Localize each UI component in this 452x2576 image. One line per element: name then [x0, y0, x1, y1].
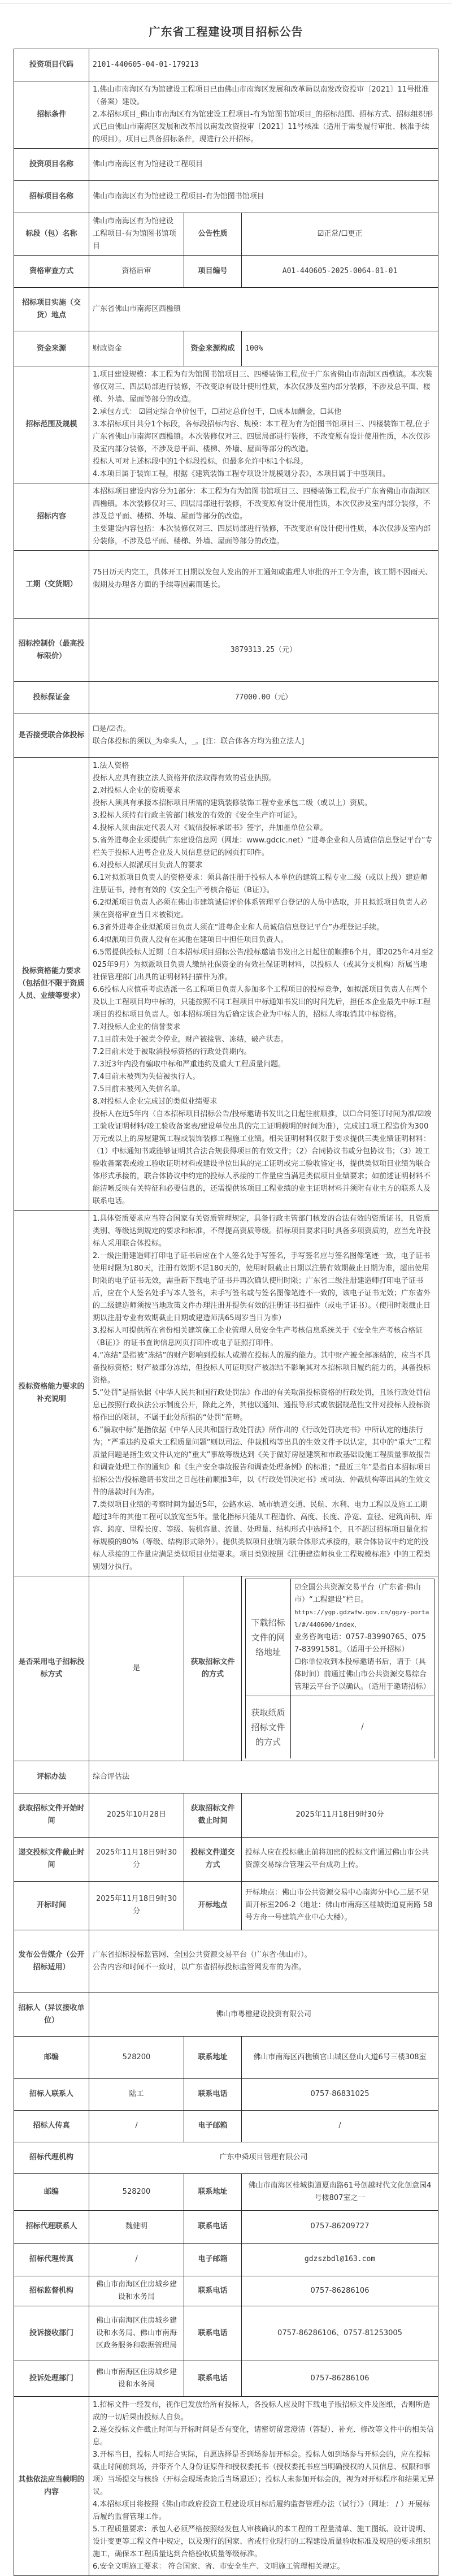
label-agency: 招标代理机构: [14, 2142, 89, 2173]
label-agency-contact: 招标代理联系人: [14, 2210, 89, 2243]
label-tenderer-phone: 联系电话: [184, 2078, 242, 2110]
label-scope: 招标范围及规模: [14, 366, 89, 483]
media-line: 公告内容和时间不一致时，以广东省招标投标监管网发布的为准。: [93, 1961, 434, 1974]
download-line: ☐你单位收到本投标邀请书后，请于（具体时间）前通过佛山市公共资源交易综合管理云平…: [294, 1656, 431, 1693]
label-complaint-handle-phone: 联系电话: [184, 2361, 242, 2396]
value-period: 75日历天内完工，具体开工日期以发包人发出的开工通知或监理人审批的开工令为准，该…: [89, 551, 438, 619]
media-line: 广东省招标投标监管网、全国公共资源交易平台（广东省·佛山市）。: [93, 1949, 434, 1961]
supplement-line: 1.具体资质要求应当符合国家有关资质管理规定，具备行政主管部门核发的合法有效的资…: [93, 1213, 434, 1250]
label-doc-start: 获取招标文件开始时间: [14, 1793, 89, 1837]
label-tenderer-email: 电子邮箱: [184, 2110, 242, 2142]
qualification-line: 6.6投标人应慎重考虑选派一名工程项目负责人参加多个工程项目的投标竞争，如拟派项…: [93, 984, 434, 1021]
value-project-name: 佛山市南海区有为馆建设工程项目-有为馆图书馆项目: [89, 181, 438, 213]
download-link[interactable]: https://ygp.gdzwfw.gov.cn/ggzy-portal/#/…: [294, 1606, 431, 1631]
supplement-line: 5.“处罚”是指依据《中华人民共和国行政处罚法》作出的有关取消投标资格的行政处罚…: [93, 1387, 434, 1424]
row-tenderer-zip: 邮编 528200 联系地址 佛山市南海区西樵镇官山城区登山大道6号三楼308室: [14, 2036, 438, 2078]
label-consortium: 是否接受联合体投标: [14, 714, 89, 758]
qualification-line: 投标人须具有承接本招标项目所需的建筑装修装饰工程专业承包二级（或以上）资质。: [93, 797, 434, 810]
value-review: 资格后审: [89, 256, 184, 288]
value-paper-method: /: [291, 1696, 434, 1758]
value-content: 本招标项目建设内容分为1部分：本工程为有为馆图书馆项目三、四楼装饰工程,位于广东…: [89, 483, 438, 551]
other-line: 3.开标当日，投标人可结合实际，自愿选择是否到场参加开标会。投标人如到场参与开标…: [93, 2449, 434, 2499]
row-supervisor: 招标监督机构 佛山市南海区住房城乡建设和水务局 联系电话 0757-862861…: [14, 2276, 438, 2306]
value-control-price: 3879313.25（元）: [89, 619, 438, 682]
value-agency-zip: 528200: [89, 2173, 184, 2210]
value-agency-address: 佛山市南海区桂城街道夏南路61号创越时代文化创意园4号楼807室之一: [242, 2173, 438, 2210]
row-invest-name: 投资项目名称 佛山市南海区有为馆建设工程项目: [14, 149, 438, 181]
value-agency-contact: 魏健明: [89, 2210, 184, 2243]
label-agency-phone: 联系电话: [184, 2210, 242, 2243]
qualification-line: 6.1对拟派项目负责人的资格要求：须具备注册于投标人本单位的建筑工程专业二级（或…: [93, 872, 434, 897]
conditions-line: 1.佛山市南海区有为馆建设工程项目已由佛山市南海区发展和改革局以南发改资投审〔2…: [93, 84, 434, 109]
label-qualification: 投标资格能力要求（包括但不限于资质人员、业绩等要求）: [14, 758, 89, 1211]
value-complaint-receive-phone: 0757-86286106、0757-81253005: [242, 2306, 438, 2361]
row-media: 发布公告媒介（公开招标适用） 广东省招标投标监管网、全国公共资源交易平台（广东省…: [14, 1930, 438, 1992]
label-complaint-receive: 投诉接收部门: [14, 2306, 89, 2361]
qualification-line: 1.法人资格: [93, 760, 434, 772]
content-line: 本招标项目建设内容分为1部分：本工程为有为馆图书馆项目三、四楼装饰工程,位于广东…: [93, 486, 434, 523]
value-location: 广东省佛山市南海区西樵镇: [89, 288, 438, 331]
value-opening-time: 2025年11月18日9时30分: [89, 1881, 184, 1930]
paper-row: 获取纸质招标文件的方式 /: [246, 1696, 434, 1758]
top-divider: [0, 3, 452, 4]
value-agency-fax: /: [89, 2243, 184, 2276]
qualification-line: 投标人在近5年内（自本招标项目招标公告/投标邀请书发出之日起往前顺推，以☐合同签…: [93, 1108, 434, 1208]
row-scope: 招标范围及规模 1.项目建设规模：本工程为有为馆图书馆项目三、四楼装饰工程,位于…: [14, 366, 438, 483]
value-media: 广东省招标投标监管网、全国公共资源交易平台（广东省·佛山市）。 公告内容和时间不…: [89, 1930, 438, 1992]
label-obtain-method: 获取招标文件的方式: [184, 1576, 242, 1761]
value-e-bidding: 是: [89, 1576, 184, 1761]
label-supervisor-phone: 联系电话: [184, 2276, 242, 2306]
qualification-line: 投标人应具有独立法人资格并依法取得有效的营业执照。: [93, 772, 434, 785]
other-line: 2.递交投标文件截止时间与开标时间是否有变化，请密切留意澄清（答疑）、补充、修改…: [93, 2424, 434, 2449]
scope-line: 4.本项目属于装饰工程，根据《建筑装饰工程专项设计规模划分表》，本项目属于中型项…: [93, 468, 434, 481]
label-supplement: 投标资格能力要求的补充说明: [14, 1211, 89, 1576]
row-invest-code: 投资项目代码 2101-440605-04-01-179213: [14, 49, 438, 81]
row-e-bidding: 是否采用电子招标投标方式 是 获取招标文件的方式 下载招标文件的网络地址 ☑全国…: [14, 1576, 438, 1761]
label-opening-time: 开标时间: [14, 1881, 89, 1930]
download-line: ☑全国公共资源交易平台（广东省·佛山市）“工程建设”栏目。: [294, 1581, 431, 1606]
qualification-line: 8.对投标人企业完成过的类似业绩要求: [93, 1096, 434, 1108]
value-invest-code: 2101-440605-04-01-179213: [89, 49, 438, 81]
value-agency: 广东中舜项目管理有限公司: [89, 2142, 438, 2173]
consortium-line: 联合体投标的须以_为牵头人，_。[注：联合体各方均为独立法人]: [93, 736, 434, 748]
value-other: 1.招标文件一经发布，视作已发放给所有投标人，各投标人应及时下载电子版招标文件及…: [89, 2396, 438, 2575]
value-tenderer-address: 佛山市南海区西樵镇官山城区登山大道6号三楼308室: [242, 2036, 438, 2078]
value-conditions: 1.佛山市南海区有为馆建设工程项目已由佛山市南海区发展和改革局以南发改资投审〔2…: [89, 81, 438, 149]
row-section-name: 标段（包）名称 佛山市南海区有为馆建设工程项目-有为馆图书馆项目 公告性质 ☑正…: [14, 213, 438, 256]
label-paper-method: 获取纸质招标文件的方式: [246, 1696, 291, 1758]
qualification-line: 6.3省外进粤企业拟派项目负责人须在“进粤企业和人员诚信信息登记平台”办理登记手…: [93, 922, 434, 934]
qualification-line: 6.5需提供投标人近期（自本招标项目招标公告/投标邀请书发出之日起往前顺推6个月…: [93, 946, 434, 984]
row-tenderer-fax: 招标人传真 / 电子邮箱 /: [14, 2110, 438, 2142]
value-supervisor: 佛山市南海区住房城乡建设和水务局: [89, 2276, 184, 2306]
value-tenderer: 佛山市粤樵建设投资有限公司: [89, 1992, 438, 2036]
value-notice-type: ☑正常/☐更正: [242, 213, 438, 256]
other-line: 1.招标文件一经发布，视作已发放给所有投标人，各投标人应及时下载电子版招标文件及…: [93, 2399, 434, 2424]
label-project-no: 项目编号: [184, 256, 242, 288]
row-location: 招标项目实施（交货）地点 广东省佛山市南海区西樵镇: [14, 288, 438, 331]
value-section-name: 佛山市南海区有为馆建设工程项目-有为馆图书馆项目: [89, 213, 184, 256]
qualification-line: 6.对投标人拟派项目负责人的要求: [93, 859, 434, 872]
label-section-name: 标段（包）名称: [14, 213, 89, 256]
value-project-no: A01-440605-2025-0064-01-01: [242, 256, 438, 288]
label-review: 资格审查方式: [14, 256, 89, 288]
value-deposit: 77000.00（元）: [89, 682, 438, 714]
scope-line: 3.本招标项目共分1个标段，各标段招标内容、规模：本工程为有为馆图书馆项目三、四…: [93, 418, 434, 456]
row-content: 招标内容 本招标项目建设内容分为1部分：本工程为有为馆图书馆项目三、四楼装饰工程…: [14, 483, 438, 551]
label-conditions: 招标条件: [14, 81, 89, 149]
label-funds-structure: 资金来源构成: [184, 331, 242, 366]
qualification-line: 6.4拟派项目负责人没有在其他在建项目中担任项目负责人。: [93, 934, 434, 946]
row-consortium: 是否接受联合体投标 ☐是/☑否。 联合体投标的须以_为牵头人，_。[注：联合体各…: [14, 714, 438, 758]
value-complaint-receive: 佛山市南海区住房城乡建设和水务局、佛山市南海区政务服务和数据管理局: [89, 2306, 184, 2361]
label-tenderer-address: 联系地址: [184, 2036, 242, 2078]
label-download-url: 下载招标文件的网络地址: [246, 1579, 291, 1696]
row-supplement: 投标资格能力要求的补充说明 1.具体资质要求应当符合国家有关资质管理规定，具备行…: [14, 1211, 438, 1576]
value-funds-structure: 100%: [242, 331, 438, 366]
other-line: 4.本招标项目将按照《佛山市政府投资工程建设项目标后履约监督管理办法（试行）》（…: [93, 2499, 434, 2523]
value-consortium: ☐是/☑否。 联合体投标的须以_为牵头人，_。[注：联合体各方均为独立法人]: [89, 714, 438, 758]
label-tenderer-contact: 招标人联系人: [14, 2078, 89, 2110]
scope-line: 1.项目建设规模：本工程为有为馆图书馆项目三、四楼装饰工程,位于广东省佛山市南海…: [93, 369, 434, 406]
row-agency-fax: 招标代理传真 / 电子邮箱 gdzszbdl@163.com: [14, 2243, 438, 2276]
row-tenderer-contact: 招标人联系人 陆工 联系电话 0757-86831025: [14, 2078, 438, 2110]
value-tenderer-contact: 陆工: [89, 2078, 184, 2110]
row-complaint-receive: 投诉接收部门 佛山市南海区住房城乡建设和水务局、佛山市南海区政务服务和数据管理局…: [14, 2306, 438, 2361]
qualification-line: 5.省外进粤企业须提供广东建设信息网（网址：www.gdcic.net）“进粤企…: [93, 835, 434, 859]
row-agency-zip: 邮编 528200 联系地址 佛山市南海区桂城街道夏南路61号创越时代文化创意园…: [14, 2173, 438, 2210]
download-line: 业务咨询电话：0757-83990765、0757-83991581。（适用于公…: [294, 1631, 431, 1656]
value-scope: 1.项目建设规模：本工程为有为馆图书馆项目三、四楼装饰工程,位于广东省佛山市南海…: [89, 366, 438, 483]
row-project-name: 招标项目名称 佛山市南海区有为馆建设工程项目-有为馆图书馆项目: [14, 181, 438, 213]
label-doc-end: 获取招标文件截止时间: [184, 1793, 242, 1837]
label-e-bidding: 是否采用电子招标投标方式: [14, 1576, 89, 1761]
qualification-line: 4.投标人须由法定代表人对《诚信投标承诺书》签字，并加盖单位公章。: [93, 822, 434, 835]
value-supervisor-phone: 0757-86286106: [242, 2276, 438, 2306]
value-qualification: 1.法人资格 投标人应具有独立法人资格并依法取得有效的营业执照。 2.对投标人企…: [89, 758, 438, 1211]
row-tenderer: 招标人（异议接收单位） 佛山市粤樵建设投资有限公司: [14, 1992, 438, 2036]
row-review: 资格审查方式 资格后审 项目编号 A01-440605-2025-0064-01…: [14, 256, 438, 288]
row-submit: 递交投标文件截止时间 2025年11月18日9时30分 投标文件递交方式 投标人…: [14, 1837, 438, 1881]
value-doc-end: 2025年11月18日9时30分: [242, 1793, 438, 1837]
value-evaluation: 综合评估法: [89, 1761, 438, 1793]
supplement-line: 6.“骗取中标”是指依据《中华人民共和国行政处罚法》所作出的《行政处罚决定书》中…: [93, 1424, 434, 1499]
label-agency-address: 联系地址: [184, 2173, 242, 2210]
value-submit-method: 投标人应在投标截止前将加密的投标文件通过佛山市公共资源交易综合管理云平台成功上传…: [242, 1837, 438, 1881]
label-submit-deadline: 递交投标文件截止时间: [14, 1837, 89, 1881]
label-other: 其他依法应当载明的内容: [14, 2396, 89, 2575]
qualification-line: 7.2目前未处于被取消投标资格的行政处罚期内。: [93, 1046, 434, 1058]
supplement-line: 3.投标人可提供所在省份相关建筑施工企业管理人员安全生产考核信息系统关于《安全生…: [93, 1325, 434, 1350]
value-doc-start: 2025年10月28日: [89, 1793, 184, 1837]
label-complaint-handle: 投诉处理部门: [14, 2361, 89, 2396]
label-agency-zip: 邮编: [14, 2173, 89, 2210]
content-line: 主要建设内容包括：本次装修仅对三、四层局部进行装修，不改变原有设计使用性质，本次…: [93, 523, 434, 548]
qualification-line: 7.5目前未被列入失信名单。: [93, 1083, 434, 1096]
label-content: 招标内容: [14, 483, 89, 551]
announcement-table: 投资项目代码 2101-440605-04-01-179213 招标条件 1.佛…: [14, 49, 438, 2576]
value-submit-deadline: 2025年11月18日9时30分: [89, 1837, 184, 1881]
label-funds: 资金来源: [14, 331, 89, 366]
value-tenderer-fax: /: [89, 2110, 184, 2142]
value-opening-place: 开标地点：佛山市公共资源交易中心南海分中心二层不见面开标室206-2（地址：佛山…: [242, 1881, 438, 1930]
label-invest-name: 投资项目名称: [14, 149, 89, 181]
conditions-line: 2.本招标项目_佛山市南海区有为馆建设工程项目-有为馆图书馆项目_的招标范围、招…: [93, 109, 434, 146]
row-complaint-handle: 投诉处理部门 佛山市南海区住房城乡建设和水务局 联系电话 0757-862861…: [14, 2361, 438, 2396]
row-control-price: 招标控制价（最高投标限价） 3879313.25（元）: [14, 619, 438, 682]
row-evaluation: 评标办法 综合评估法: [14, 1761, 438, 1793]
label-tenderer-zip: 邮编: [14, 2036, 89, 2078]
download-row: 下载招标文件的网络地址 ☑全国公共资源交易平台（广东省·佛山市）“工程建设”栏目…: [246, 1579, 434, 1696]
value-agency-email[interactable]: gdzszbdl@163.com: [242, 2243, 438, 2276]
scope-line: 投标人可对上述标段中的1个标段投标，但最多允许中标1个标段。: [93, 456, 434, 468]
label-submit-method: 投标文件递交方式: [184, 1837, 242, 1881]
page-title: 广东省工程建设项目招标公告: [0, 23, 452, 39]
row-agency: 招标代理机构 广东中舜项目管理有限公司: [14, 2142, 438, 2173]
consortium-line: ☐是/☑否。: [93, 723, 434, 736]
qualification-line: 7.3近3年内没有骗取中标和严重违约及重大工程质量问题。: [93, 1058, 434, 1071]
value-invest-name: 佛山市南海区有为馆建设工程项目: [89, 149, 438, 181]
value-funds: 财政资金: [89, 331, 184, 366]
label-opening-place: 开标地点: [184, 1881, 242, 1930]
label-control-price: 招标控制价（最高投标限价）: [14, 619, 89, 682]
row-doc-time: 获取招标文件开始时间 2025年10月28日 获取招标文件截止时间 2025年1…: [14, 1793, 438, 1837]
label-agency-fax: 招标代理传真: [14, 2243, 89, 2276]
row-agency-contact: 招标代理联系人 魏健明 联系电话 0757-86209727: [14, 2210, 438, 2243]
label-evaluation: 评标办法: [14, 1761, 89, 1793]
qualification-line: 7.对投标人企业的信誉要求: [93, 1021, 434, 1034]
label-supervisor: 招标监督机构: [14, 2276, 89, 2306]
value-download-url: ☑全国公共资源交易平台（广东省·佛山市）“工程建设”栏目。 https://yg…: [291, 1579, 434, 1696]
label-tenderer: 招标人（异议接收单位）: [14, 1992, 89, 2036]
label-complaint-receive-phone: 联系电话: [184, 2306, 242, 2361]
qualification-line: 6.2拟派项目负责人必须在佛山市建筑诚信评价体系管理平台登记的人员中选取，并且拟…: [93, 897, 434, 922]
row-period: 工期（交货期） 75日历天内完工，具体开工日期以发包人发出的开工通知或监理人审批…: [14, 551, 438, 619]
qualification-line: 7.4目前未被列为失信被执行人。: [93, 1071, 434, 1083]
label-project-name: 招标项目名称: [14, 181, 89, 213]
row-conditions: 招标条件 1.佛山市南海区有为馆建设工程项目已由佛山市南海区发展和改革局以南发改…: [14, 81, 438, 149]
value-tenderer-email: /: [242, 2110, 438, 2142]
supplement-line: 7.类似项目业绩的考察时间为最近5年，公路水运、城市轨道交通、民航、水利、电力工…: [93, 1499, 434, 1574]
row-other: 其他依法应当载明的内容 1.招标文件一经发布，视作已发放给所有投标人，各投标人应…: [14, 2396, 438, 2575]
qualification-line: 2.对投标人企业的资质要求: [93, 785, 434, 797]
value-complaint-handle: 佛山市南海区住房城乡建设和水务局: [89, 2361, 184, 2396]
supplement-line: 4.“冻结”是指被“冻结”的财产影响到投标人或潜在投标人的履约能力。其中财产被全…: [93, 1350, 434, 1387]
label-invest-code: 投资项目代码: [14, 49, 89, 81]
value-tenderer-phone: 0757-86831025: [242, 2078, 438, 2110]
value-tenderer-zip: 528200: [89, 2036, 184, 2078]
row-funds: 资金来源 财政资金 资金来源构成 100%: [14, 331, 438, 366]
label-agency-email: 电子邮箱: [184, 2243, 242, 2276]
label-notice-type: 公告性质: [184, 213, 242, 256]
scope-line: 2.承包方式： ☑固定综合单价包干，☐固定总价包干，☐成本加酬金，☐其他: [93, 406, 434, 418]
value-supplement: 1.具体资质要求应当符合国家有关资质管理规定，具备行政主管部门核发的合法有效的资…: [89, 1211, 438, 1576]
qualification-line: 7.1目前未处于被责令停业，财产被接管、冻结，破产状态。: [93, 1034, 434, 1046]
label-period: 工期（交货期）: [14, 551, 89, 619]
row-opening: 开标时间 2025年11月18日9时30分 开标地点 开标地点：佛山市公共资源交…: [14, 1881, 438, 1930]
label-location: 招标项目实施（交货）地点: [14, 288, 89, 331]
row-qualification: 投标资格能力要求（包括但不限于资质人员、业绩等要求） 1.法人资格 投标人应具有…: [14, 758, 438, 1211]
label-tenderer-fax: 招标人传真: [14, 2110, 89, 2142]
other-line: 6.安全文明施工要求： 符合国家、省、市安全生产、文明施工管理相关规定。: [93, 2561, 434, 2573]
label-media: 发布公告媒介（公开招标适用）: [14, 1930, 89, 1992]
other-line: 5.工程质量要求：承包人必须严格按照经发包人审核确认的本工程的工程量清单、施工图…: [93, 2523, 434, 2561]
row-deposit: 投标保证金 77000.00（元）: [14, 682, 438, 714]
value-complaint-handle-phone: 0757-86286106: [242, 2361, 438, 2396]
supplement-line: 2.一级注册建造师打印电子证书后应在个人签名处手写签名，手写签名应与签名图像笔迹…: [93, 1250, 434, 1325]
label-deposit: 投标保证金: [14, 682, 89, 714]
value-agency-phone: 0757-86209727: [242, 2210, 438, 2243]
obtain-method-cell: 下载招标文件的网络地址 ☑全国公共资源交易平台（广东省·佛山市）“工程建设”栏目…: [242, 1576, 438, 1761]
qualification-line: 3.投标人须持有行政主管部门核发的有效的《安全生产许可证》。: [93, 810, 434, 822]
